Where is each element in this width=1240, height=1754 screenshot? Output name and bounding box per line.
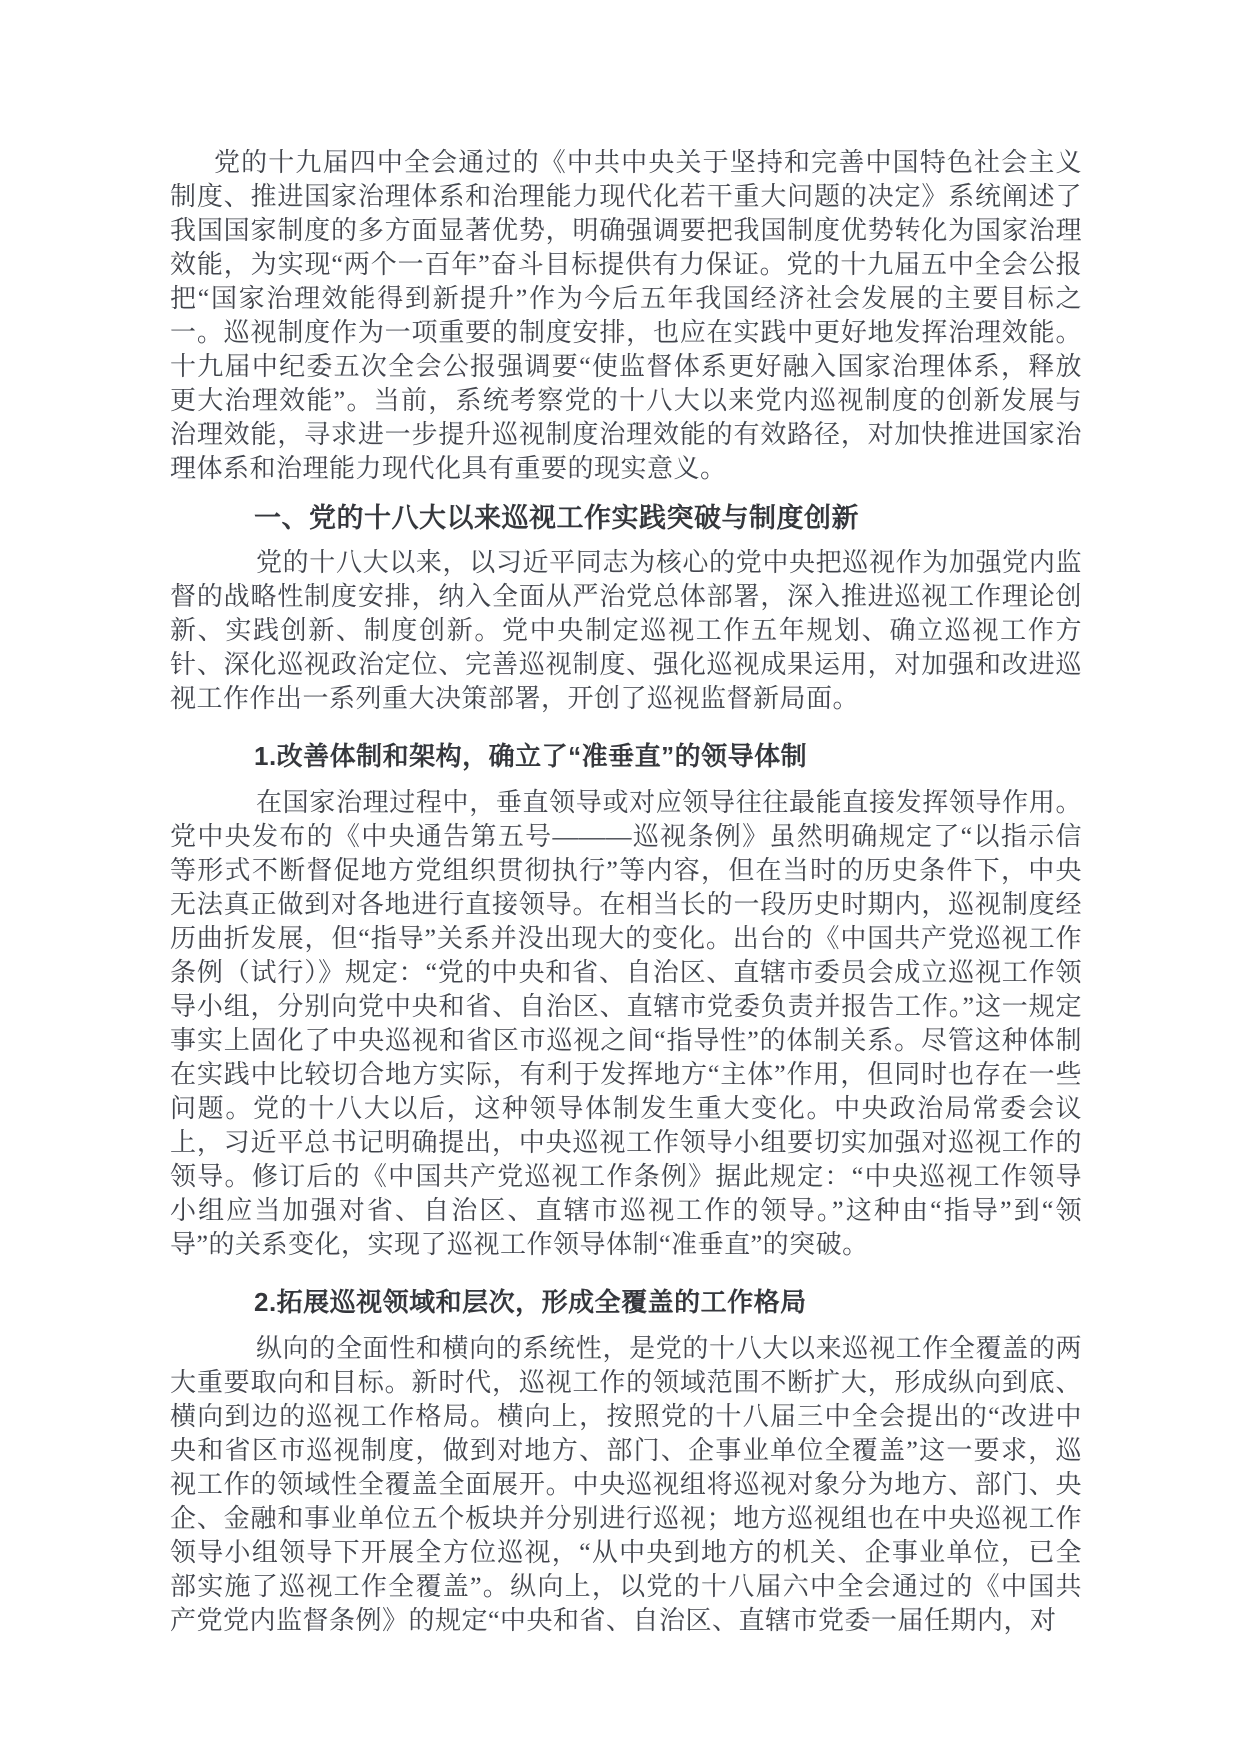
section-1-paragraph: 党的十八大以来，以习近平同志为核心的党中央把巡视作为加强党内监督的战略性制度安排…	[170, 546, 1082, 716]
sub-section-2-paragraph: 纵向的全面性和横向的系统性，是党的十八大以来巡视工作全覆盖的两大重要取向和目标。…	[170, 1332, 1082, 1638]
sub-heading-2: 2.拓展巡视领域和层次，形成全覆盖的工作格局	[254, 1284, 1082, 1320]
sub-heading-1: 1.改善体制和架构，确立了“准垂直”的领导体制	[254, 738, 1082, 774]
document-page: 党的十九届四中全会通过的《中共中央关于坚持和完善中国特色社会主义制度、推进国家治…	[0, 0, 1240, 1754]
intro-paragraph: 党的十九届四中全会通过的《中共中央关于坚持和完善中国特色社会主义制度、推进国家治…	[170, 146, 1082, 486]
sub-section-1-paragraph: 在国家治理过程中，垂直领导或对应领导往往最能直接发挥领导作用。党中央发布的《中央…	[170, 786, 1082, 1262]
document-body: 党的十九届四中全会通过的《中共中央关于坚持和完善中国特色社会主义制度、推进国家治…	[170, 146, 1082, 1638]
section-heading-1: 一、党的十八大以来巡视工作实践突破与制度创新	[254, 500, 1082, 536]
